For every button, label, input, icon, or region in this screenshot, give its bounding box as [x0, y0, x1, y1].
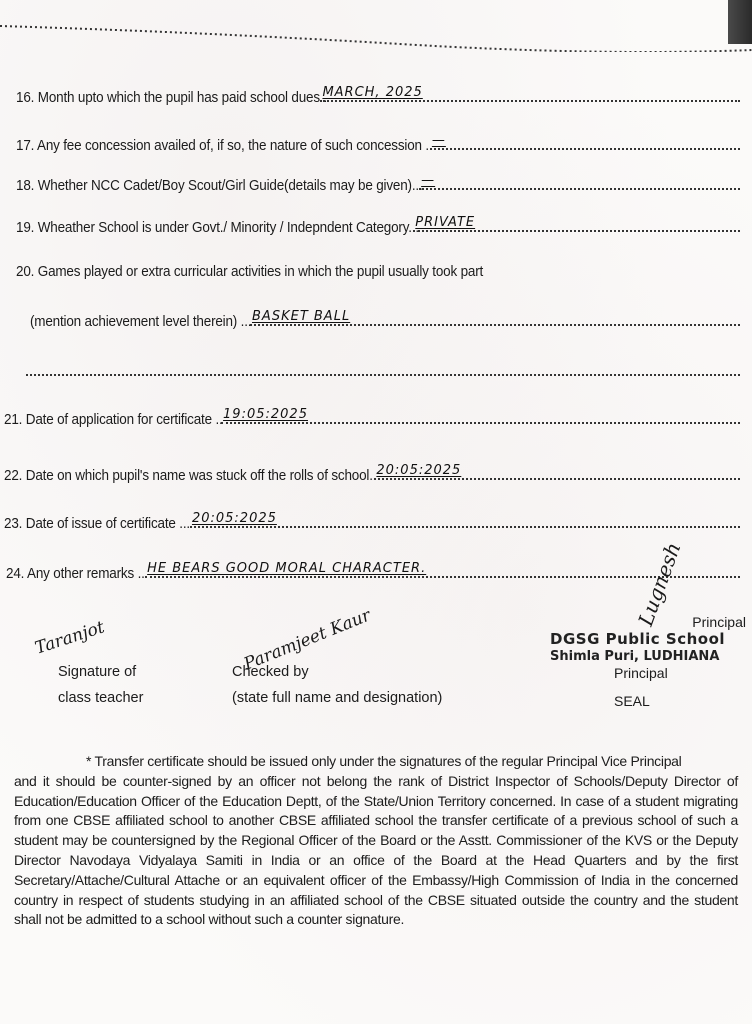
item-16-value: MARCH, 2025	[322, 85, 422, 100]
item-20-detail: (mention achievement level therein) ... …	[30, 312, 740, 330]
dotted-separator	[0, 22, 752, 52]
item-20-extra-line	[26, 374, 740, 376]
item-16-label: 16. Month upto which the pupil has paid …	[16, 90, 327, 106]
item-22-value: 20:05:2025	[376, 463, 461, 478]
item-22-label: 22. Date on which pupil's name was stuck…	[4, 468, 376, 484]
item-18-label: 18. Whether NCC Cadet/Boy Scout/Girl Gui…	[16, 178, 423, 194]
document-page: 16. Month upto which the pupil has paid …	[0, 0, 752, 1024]
item-16: 16. Month upto which the pupil has paid …	[16, 88, 740, 106]
checked-by-line1: Checked by	[232, 664, 442, 681]
item-24-value: HE BEARS GOOD MORAL CHARACTER.	[147, 561, 426, 576]
item-20-value: BASKET BALL	[252, 309, 350, 324]
item-21: 21. Date of application for certificate …	[4, 410, 740, 428]
class-teacher-signature: Taranjot	[33, 617, 107, 658]
item-19-label: 19. Wheather School is under Govt./ Mino…	[16, 220, 419, 236]
principal-title-top: Principal	[550, 614, 746, 630]
item-17-label: 17. Any fee concession availed of, if so…	[16, 138, 433, 154]
item-20-field: BASKET BALL	[250, 312, 740, 326]
class-teacher-line1: Signature of	[58, 664, 143, 681]
item-17-value: —	[432, 133, 446, 148]
class-teacher-line2: class teacher	[58, 690, 143, 707]
checked-by-block: Checked by (state full name and designat…	[232, 664, 442, 707]
item-20-label: 20. Games played or extra curricular act…	[16, 264, 483, 280]
seal-label: SEAL	[614, 693, 746, 709]
principal-title-bottom: Principal	[614, 665, 746, 681]
principal-seal-block: Principal DGSG Public School Shimla Puri…	[550, 614, 746, 709]
item-19: 19. Wheather School is under Govt./ Mino…	[16, 218, 740, 236]
item-16-field: MARCH, 2025	[320, 88, 740, 102]
item-18: 18. Whether NCC Cadet/Boy Scout/Girl Gui…	[16, 176, 740, 194]
item-19-value: PRIVATE	[415, 215, 475, 230]
footnote-body: and it should be counter-signed by an of…	[14, 773, 738, 928]
item-24: 24. Any other remarks .. HE BEARS GOOD M…	[6, 564, 740, 582]
item-22: 22. Date on which pupil's name was stuck…	[4, 466, 740, 484]
item-24-label: 24. Any other remarks ..	[6, 566, 145, 582]
school-address: Shimla Puri, LUDHIANA	[550, 649, 746, 665]
footnote-first-line: * Transfer certificate should be issued …	[14, 752, 738, 772]
item-23-label: 23. Date of issue of certificate ...	[4, 516, 190, 532]
class-teacher-block: Signature of class teacher	[58, 664, 143, 707]
footnote: * Transfer certificate should be issued …	[14, 752, 738, 930]
scan-edge-mark	[728, 0, 752, 44]
item-23-value: 20:05:2025	[192, 511, 277, 526]
item-21-value: 19:05:2025	[223, 407, 308, 422]
item-23: 23. Date of issue of certificate ... 20:…	[4, 514, 740, 532]
item-22-field: 20:05:2025	[374, 466, 740, 480]
item-20-sublabel: (mention achievement level therein) ...	[30, 314, 251, 330]
item-19-field: PRIVATE	[413, 218, 740, 232]
item-18-value: —	[421, 173, 435, 188]
item-20: 20. Games played or extra curricular act…	[16, 264, 740, 280]
checked-by-line2: (state full name and designation)	[232, 690, 442, 707]
item-17: 17. Any fee concession availed of, if so…	[16, 136, 740, 154]
item-17-field: —	[430, 136, 740, 150]
school-name: DGSG Public School	[550, 630, 746, 649]
item-21-field: 19:05:2025	[221, 410, 740, 424]
item-23-field: 20:05:2025	[190, 514, 740, 528]
item-21-label: 21. Date of application for certificate …	[4, 412, 223, 428]
item-18-field: —	[419, 176, 740, 190]
